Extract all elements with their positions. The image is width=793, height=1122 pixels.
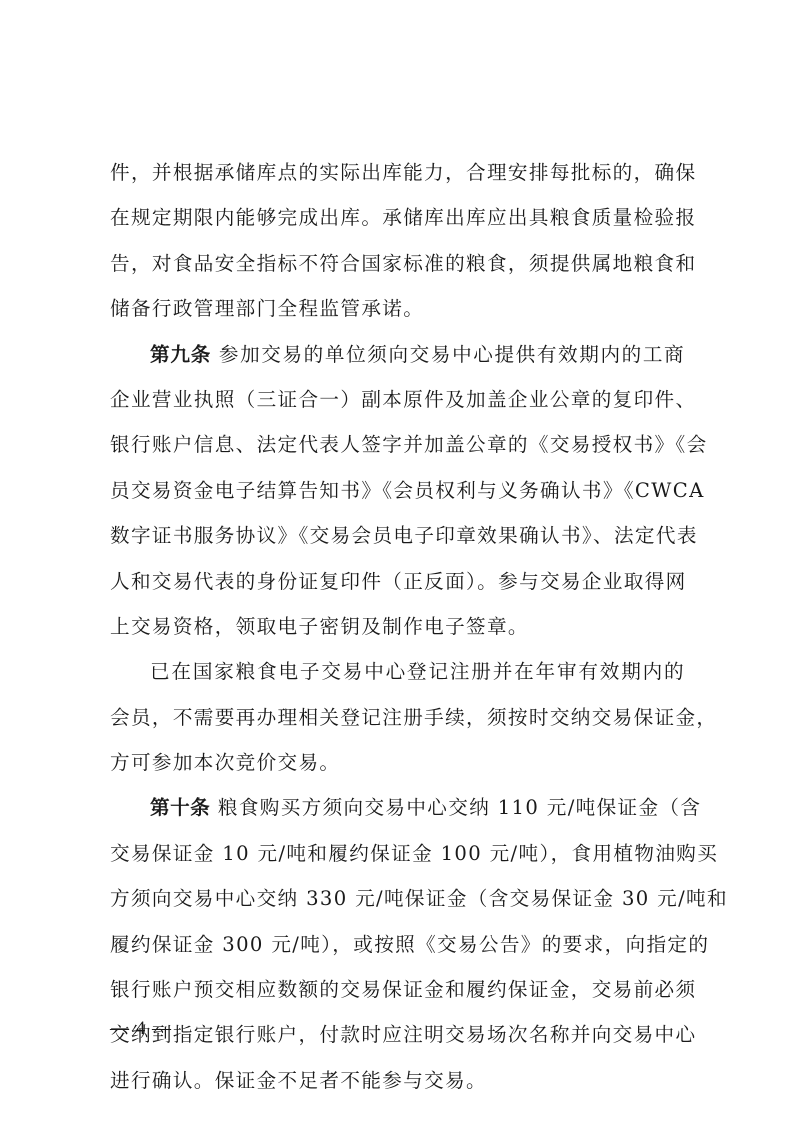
text-line: 交易保证金 10 元/吨和履约保证金 100 元/吨），食用植物油购买	[110, 831, 685, 876]
text-line: 已在国家粮食电子交易中心登记注册并在年审有效期内的	[110, 649, 685, 694]
text-line: 履约保证金 300 元/吨），或按照《交易公告》的要求，向指定的	[110, 922, 685, 967]
text-line: 会员，不需要再办理相关登记注册手续，须按时交纳交易保证金，	[110, 695, 685, 740]
article-heading: 第十条	[150, 796, 210, 819]
text-line: 数字证书服务协议》《交易会员电子印章效果确认书》、法定代表	[110, 513, 685, 558]
text-line: 交纳到指定银行账户，付款时应注明交易场次名称并向交易中心	[110, 1012, 685, 1057]
text-line: 企业营业执照（三证合一）副本原件及加盖企业公章的复印件、	[110, 377, 685, 422]
text-line: 银行账户信息、法定代表人签字并加盖公章的《交易授权书》《会	[110, 422, 685, 467]
text-line: 告，对食品安全指标不符合国家标准的粮食，须提供属地粮食和	[110, 241, 685, 286]
page-number: — 4 —	[110, 1018, 172, 1040]
text-line: 上交易资格，领取电子密钥及制作电子签章。	[110, 604, 685, 649]
document-page: 件，并根据承储库点的实际出库能力，合理安排每批标的，确保 在规定期限内能够完成出…	[0, 0, 793, 1122]
text-line: 第九条 参加交易的单位须向交易中心提供有效期内的工商	[110, 332, 685, 377]
paragraph-article-9-continued: 已在国家粮食电子交易中心登记注册并在年审有效期内的 会员，不需要再办理相关登记注…	[110, 649, 685, 785]
text-line: 银行账户预交相应数额的交易保证金和履约保证金，交易前必须	[110, 967, 685, 1012]
text-span: 参加交易的单位须向交易中心提供有效期内的工商	[219, 343, 685, 366]
text-line: 在规定期限内能够完成出库。承储库出库应出具粮食质量检验报	[110, 195, 685, 240]
paragraph-article-10: 第十条 粮食购买方须向交易中心交纳 110 元/吨保证金（含 交易保证金 10 …	[110, 785, 685, 1103]
paragraph-article-9: 第九条 参加交易的单位须向交易中心提供有效期内的工商 企业营业执照（三证合一）副…	[110, 332, 685, 650]
paragraph-continuation: 件，并根据承储库点的实际出库能力，合理安排每批标的，确保 在规定期限内能够完成出…	[110, 150, 685, 332]
article-heading: 第九条	[150, 343, 211, 366]
text-line: 方须向交易中心交纳 330 元/吨保证金（含交易保证金 30 元/吨和	[110, 876, 685, 921]
text-line: 员交易资金电子结算告知书》《会员权利与义务确认书》《CWCA	[110, 468, 685, 513]
text-line: 储备行政管理部门全程监管承诺。	[110, 286, 685, 331]
text-line: 第十条 粮食购买方须向交易中心交纳 110 元/吨保证金（含	[110, 785, 685, 830]
text-span: 粮食购买方须向交易中心交纳 110 元/吨保证金（含	[218, 796, 701, 819]
text-line: 进行确认。保证金不足者不能参与交易。	[110, 1058, 685, 1103]
text-line: 方可参加本次竞价交易。	[110, 740, 685, 785]
body-text: 件，并根据承储库点的实际出库能力，合理安排每批标的，确保 在规定期限内能够完成出…	[110, 150, 685, 1103]
text-line: 件，并根据承储库点的实际出库能力，合理安排每批标的，确保	[110, 150, 685, 195]
text-line: 人和交易代表的身份证复印件（正反面）。参与交易企业取得网	[110, 559, 685, 604]
